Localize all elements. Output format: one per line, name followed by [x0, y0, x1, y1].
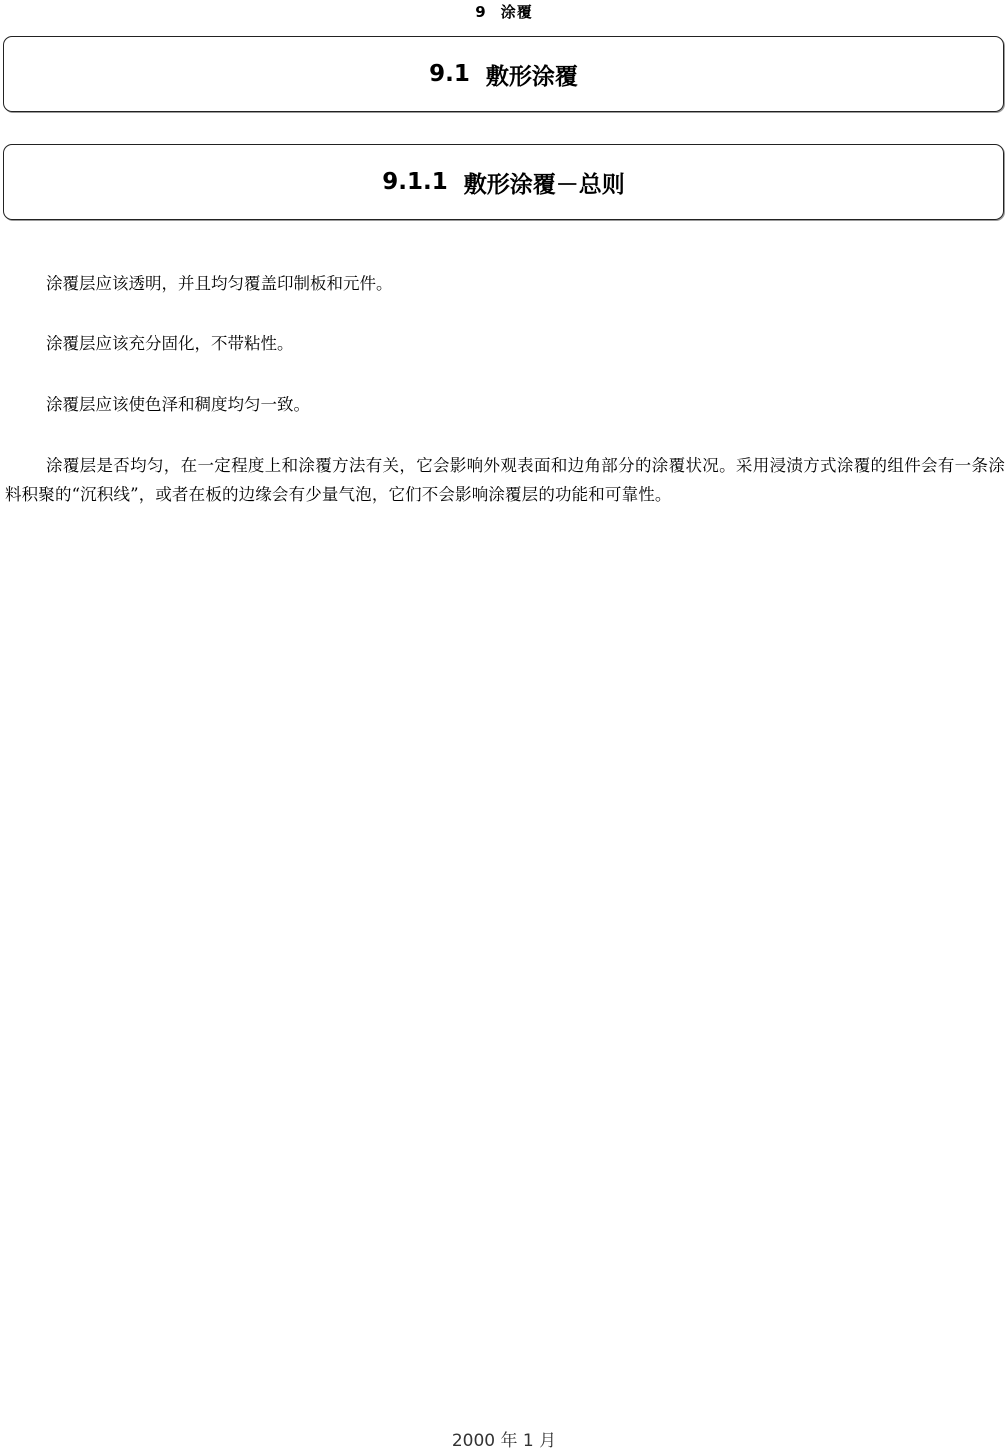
section-heading-box: 9.1敷形涂覆 — [3, 36, 1004, 112]
section-number: 9.1 — [429, 61, 470, 87]
paragraph-uniformity: 涂覆层是否均匀，在一定程度上和涂覆方法有关，它会影响外观表面和边角部分的涂覆状况… — [5, 451, 1005, 509]
chapter-number: 9 — [475, 3, 486, 21]
paragraph-transparency: 涂覆层应该透明，并且均匀覆盖印制板和元件。 — [5, 269, 1005, 298]
page-footer-date: 2000 年 1 月 — [0, 1430, 1008, 1452]
subsection-number: 9.1.1 — [382, 169, 448, 195]
section-title: 敷形涂覆 — [486, 58, 578, 91]
subsection-heading-box: 9.1.1敷形涂覆－总则 — [3, 144, 1004, 220]
paragraph-color-consistency: 涂覆层应该使色泽和稠度均匀一致。 — [5, 390, 1005, 419]
subsection-title: 敷形涂覆－总则 — [464, 166, 625, 199]
chapter-title: 涂覆 — [501, 3, 533, 21]
paragraph-curing: 涂覆层应该充分固化，不带粘性。 — [5, 329, 1005, 358]
chapter-header: 9涂覆 — [0, 2, 1008, 22]
